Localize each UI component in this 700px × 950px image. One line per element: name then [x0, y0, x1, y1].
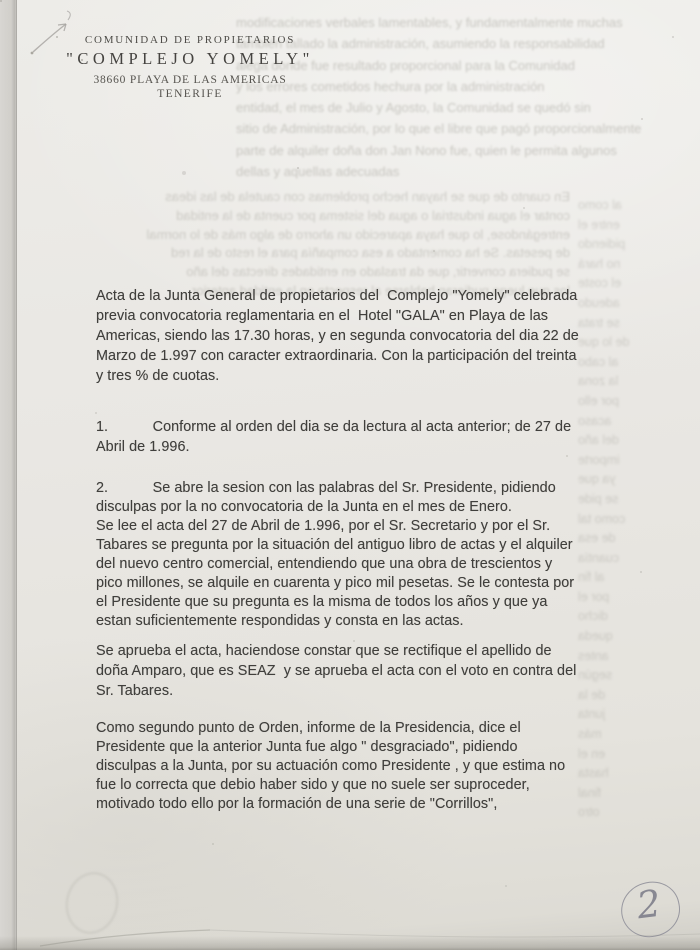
paper-specks — [0, 0, 2, 2]
page-bottom-shadow — [0, 936, 700, 950]
scan-left-edge-shadow — [0, 0, 17, 950]
paragraph-second-point: Como segundo punto de Orden, informe de … — [96, 719, 641, 814]
paragraph-item-1: 1. Conforme al orden del dia se da lectu… — [96, 417, 641, 457]
letterhead-complex-name: "COMPLEJO YOMELY" — [50, 49, 330, 69]
scanned-document-page: modificaciones verbales lamentables, y f… — [0, 0, 700, 950]
letterhead-city: TENERIFE — [50, 88, 330, 100]
paragraph-acta-approval: Se aprueba el acta, haciendose constar q… — [96, 641, 641, 701]
paragraph-intro: Acta de la Junta General de propietarios… — [96, 286, 641, 386]
letterhead-org-name: COMUNIDAD DE PROPIETARIOS — [50, 34, 330, 46]
bleedthrough-text-block-mirrored: En cuanto de que se hayan hecho problema… — [92, 188, 570, 301]
letterhead-address: 38660 PLAYA DE LAS AMERICAS — [50, 74, 330, 86]
paragraph-item-2: 2. Se abre la sesion con las palabras de… — [96, 479, 641, 631]
letterhead: COMUNIDAD DE PROPIETARIOS "COMPLEJO YOME… — [50, 34, 330, 100]
handwritten-page-number: 2 — [634, 882, 663, 928]
faint-stamp-impression — [60, 867, 124, 938]
